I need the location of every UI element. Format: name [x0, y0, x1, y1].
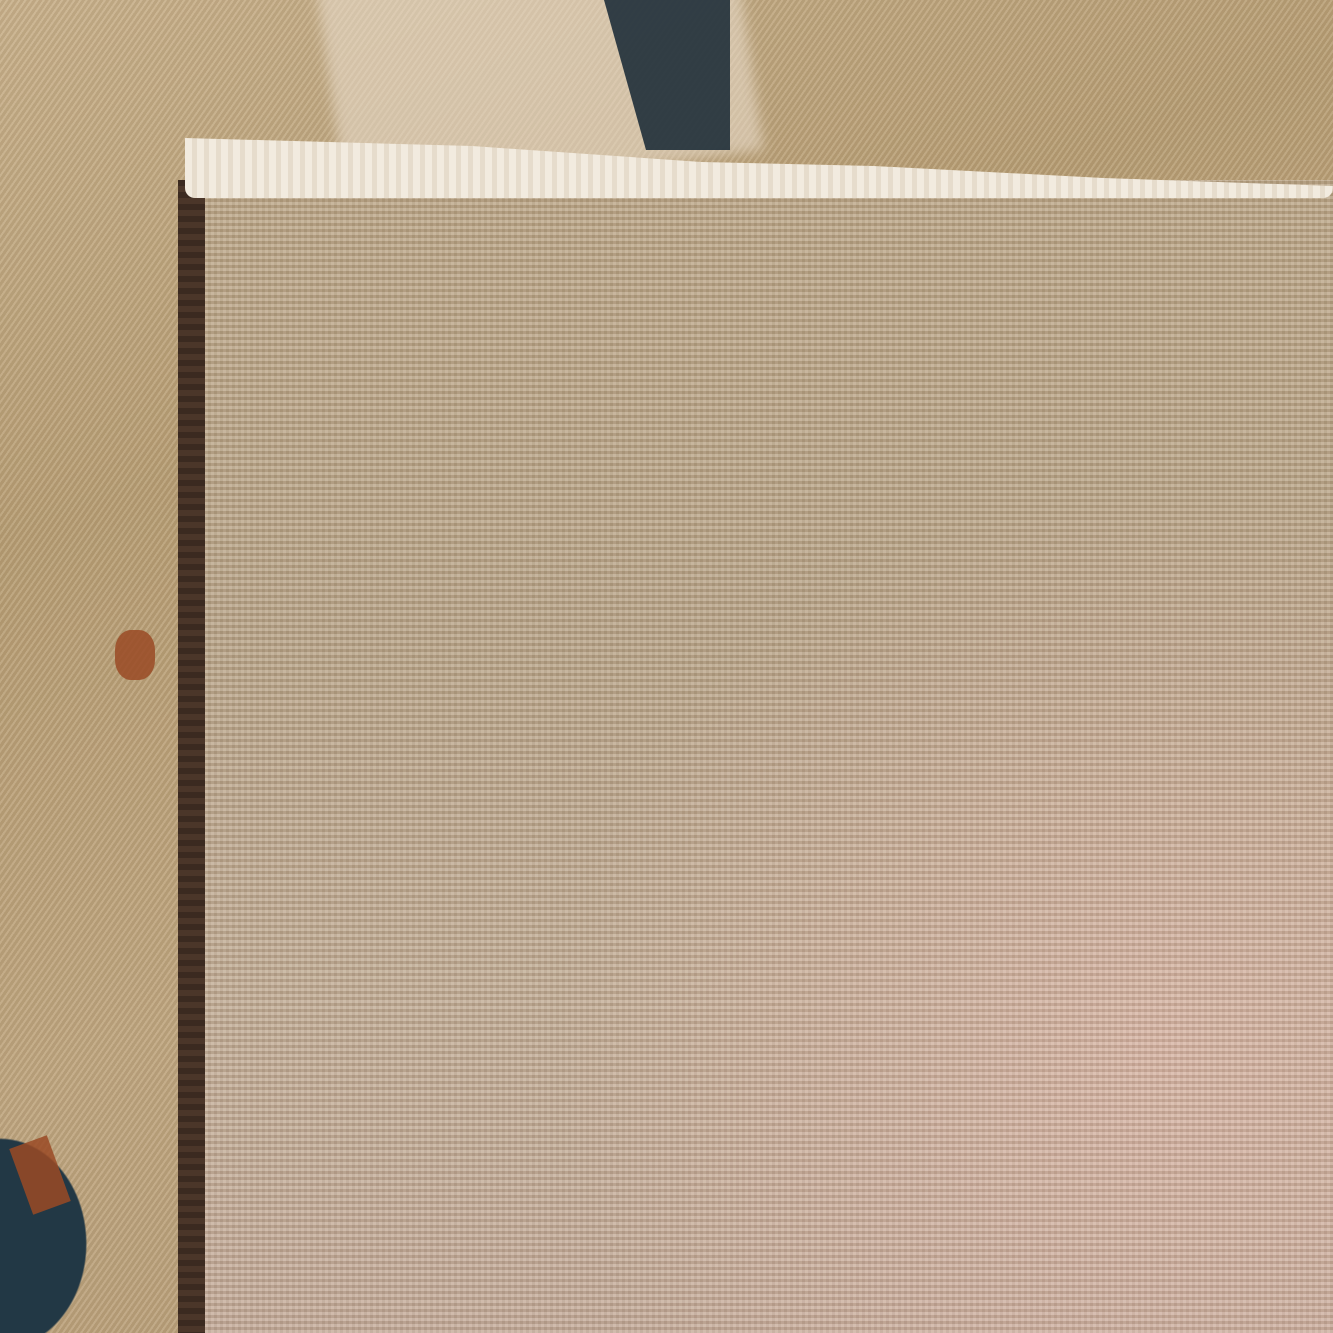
- rug-side-binding: [178, 180, 208, 1333]
- rug-photo: [0, 0, 1333, 1333]
- navy-motif-bottom-left: [0, 1110, 110, 1333]
- rust-accent: [115, 630, 155, 680]
- rug-back-weave: [205, 180, 1333, 1333]
